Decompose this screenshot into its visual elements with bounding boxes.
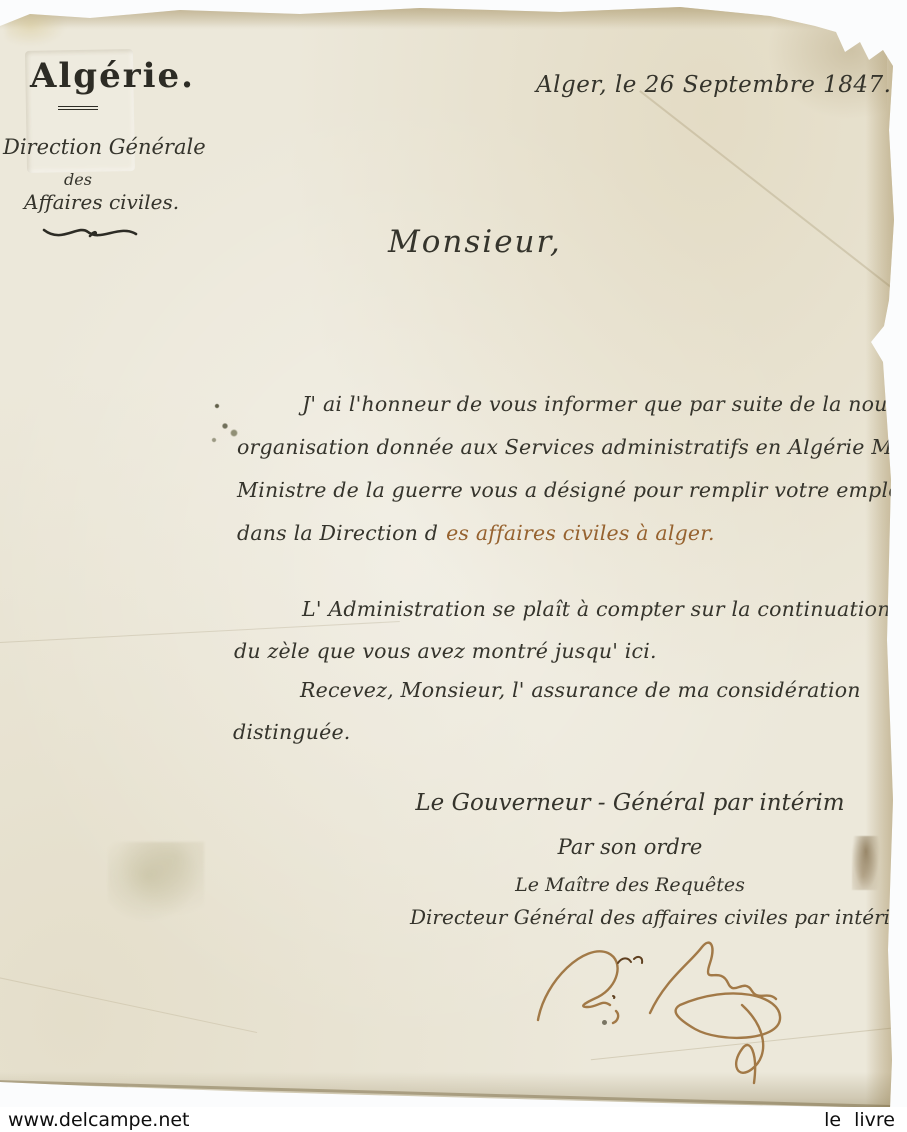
signature-order-line: Par son ordre xyxy=(410,835,850,859)
letterhead-underline xyxy=(58,106,98,110)
paper-stain xyxy=(6,6,66,46)
paper-crease xyxy=(0,976,257,1033)
letterhead-office-line3: Affaires civiles. xyxy=(24,190,179,214)
dateline: Alger, le 26 Septembre 1847. xyxy=(536,72,892,98)
letter-scan: Algérie. Direction Générale des Affaires… xyxy=(0,0,907,1132)
body-line-black-part: dans la Direction d xyxy=(237,521,438,545)
paper-crease xyxy=(640,90,907,301)
body-line: L' Administration se plaît à compter sur… xyxy=(302,597,891,621)
watermark-brand: le livre xyxy=(824,1109,895,1131)
signature-flourish xyxy=(530,935,800,1090)
paper-top-edge-shading xyxy=(0,0,907,30)
body-line: organisation donnée aux Services adminis… xyxy=(237,435,907,459)
paper-stain xyxy=(852,836,880,890)
paper-right-edge-shading xyxy=(865,0,901,1132)
body-line: Recevez, Monsieur, l' assurance de ma co… xyxy=(300,678,861,702)
watermark-strip: www.delcampe.net le livre xyxy=(0,1107,907,1132)
salutation: Monsieur, xyxy=(388,224,562,260)
letterhead-region: Algérie. xyxy=(30,56,195,96)
inserted-brown-text: es affaires civiles à alger. xyxy=(446,521,715,545)
signature-function-line: Directeur Général des affaires civiles p… xyxy=(410,905,850,929)
paper-stain xyxy=(108,842,204,926)
body-line: Ministre de la guerre vous a désigné pou… xyxy=(237,478,907,502)
paper-corner-shading xyxy=(767,20,887,120)
flourish-squiggle-icon xyxy=(40,222,140,246)
body-line: distinguée. xyxy=(233,720,351,744)
signature-title-line: Le Gouverneur - Général par intérim xyxy=(410,790,850,816)
body-line: dans la Direction des affaires civiles à… xyxy=(237,521,715,545)
letterhead-office-line2: des xyxy=(64,170,92,189)
letter-paper: Algérie. Direction Générale des Affaires… xyxy=(0,0,907,1132)
body-line: J' ai l'honneur de vous informer que par… xyxy=(302,392,907,416)
letterhead-office-line1: Direction Générale xyxy=(3,135,206,159)
watermark-url: www.delcampe.net xyxy=(8,1109,190,1131)
body-line: du zèle que vous avez montré jusqu' ici. xyxy=(234,639,657,663)
signature-rank-line: Le Maître des Requêtes xyxy=(410,874,850,896)
